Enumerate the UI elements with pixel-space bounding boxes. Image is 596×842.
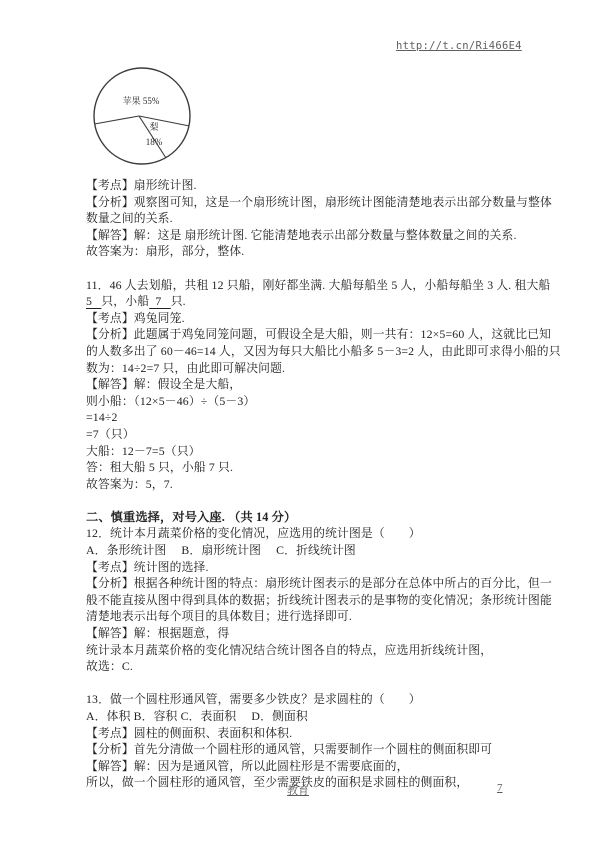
text-line: 13．做一个圆柱形通风管，需要多少铁皮？是求圆柱的（ ） <box>86 691 556 708</box>
spacer <box>86 675 556 692</box>
text-line: 【分析】观察图可知，这是一个扇形统计图，扇形统计图能清楚地表示出部分数量与整体 <box>86 194 556 211</box>
text-line: 5 只，小船 7 只. <box>86 293 556 310</box>
pie-slice-label-apple: 苹果 55% <box>123 95 160 106</box>
text-line: 【考点】圆柱的侧面积、表面积和体积. <box>86 725 556 742</box>
text-line: 【考点】统计图的选择. <box>86 559 556 576</box>
answer-blank: 5 <box>86 294 101 308</box>
footer-site-link[interactable]: 教育 <box>287 785 309 797</box>
text-line: =14÷2 <box>86 409 556 426</box>
text-line: 数量之间的关系. <box>86 210 556 227</box>
text-line: 统计录本月蔬菜价格的变化情况结合统计图各自的特点，应选用折线统计图， <box>86 642 556 659</box>
header-url-link[interactable]: http://t.cn/Ri466E4 <box>396 40 522 52</box>
text-line: 12．统计本月蔬菜价格的变化情况，应选用的统计图是（ ） <box>86 525 556 542</box>
text-line: 【考点】鸡兔同笼. <box>86 310 556 327</box>
footer: 教育 <box>0 782 596 798</box>
pie-slice-label-pear-pct: 18% <box>146 137 163 147</box>
text-line: 答：租大船 5 只，小船 7 只. <box>86 459 556 476</box>
text-line: 的人数多出了 60－46=14 人，又因为每只大船比小船多 5－3=2 人，由此… <box>86 343 556 360</box>
text-line: 故答案为：5，7. <box>86 476 556 493</box>
text-line: 清楚地表示出每个项目的具体数目；进行选择即可. <box>86 608 556 625</box>
pie-divider-left <box>95 116 140 124</box>
pie-chart: 苹果 55% 梨 18% <box>90 64 194 168</box>
text-line: 故答案为：扇形，部分，整体. <box>86 243 556 260</box>
text-line: 数为：14÷2=7 只，由此即可解决问题. <box>86 360 556 377</box>
text-line: 【分析】根据各种统计图的特点：扇形统计图表示的是部分在总体中所占的百分比，但一 <box>86 575 556 592</box>
text-line: 二、慎重选择，对号入座. （共 14 分） <box>86 509 556 526</box>
pie-circle <box>94 68 190 164</box>
text-line: 【考点】扇形统计图. <box>86 177 556 194</box>
text-line: A．条形统计图 B．扇形统计图 C．折线统计图 <box>86 542 556 559</box>
footer-page-number[interactable]: 7 <box>497 782 503 794</box>
text-line: 【解答】解：假设全是大船， <box>86 376 556 393</box>
pie-divider-right <box>139 116 190 126</box>
pie-chart-svg: 苹果 55% 梨 18% <box>90 64 194 168</box>
text-line: =7（只） <box>86 426 556 443</box>
text-line: 大船：12－7=5（只） <box>86 443 556 460</box>
text-line: A．体积 B．容积 C．表面积 D．侧面积 <box>86 708 556 725</box>
text-line: 【解答】解：因为是通风管，所以此圆柱形是不需要底面的， <box>86 758 556 775</box>
spacer <box>86 492 556 509</box>
pie-slice-label-pear: 梨 <box>149 121 158 132</box>
text-line: 【解答】解：这是 扇形统计图. 它能清楚地表示出部分数量与整体数量之间的关系. <box>86 227 556 244</box>
text-line: 【分析】此题属于鸡兔同笼问题，可假设全是大船，则一共有：12×5=60 人，这就… <box>86 326 556 343</box>
document-page: http://t.cn/Ri466E4 苹果 55% 梨 18% 【考点】扇形统… <box>0 0 596 842</box>
answer-blank: 7 <box>149 294 171 308</box>
text-line: 故选：C. <box>86 658 556 675</box>
text-line: 般不能直接从图中得到具体的数据；折线统计图表示的是事物的变化情况；条形统计图能 <box>86 592 556 609</box>
text-line: 则小船：（12×5－46）÷（5－3） <box>86 393 556 410</box>
text-line: 11．46 人去划船，共租 12 只船，刚好都坐满. 大船每船坐 5 人，小船每… <box>86 277 556 294</box>
spacer <box>86 260 556 277</box>
text-line: 【解答】解：根据题意，得 <box>86 625 556 642</box>
document-body: 【考点】扇形统计图.【分析】观察图可知，这是一个扇形统计图，扇形统计图能清楚地表… <box>86 177 556 791</box>
text-line: 【分析】首先分清做一个圆柱形的通风管，只需要制作一个圆柱的侧面积即可 <box>86 741 556 758</box>
